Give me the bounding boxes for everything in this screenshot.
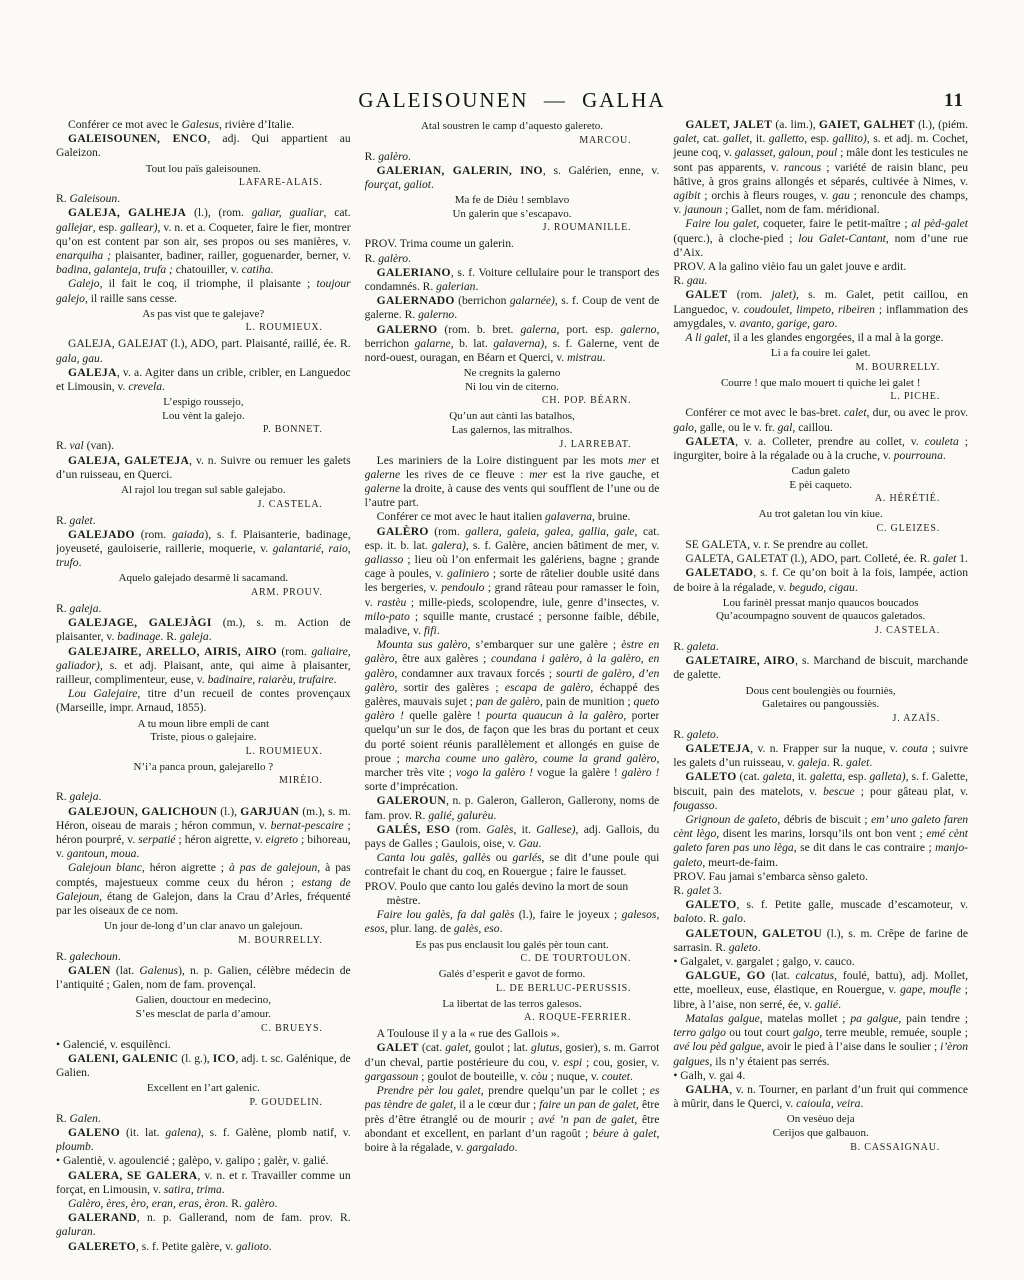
verse-quote: As pas vist que te galejave? (56, 308, 351, 322)
entry-paragraph: SE GALETA, v. r. Se prendre au collet. (673, 538, 968, 552)
entry-paragraph: GALERNO (rom. b. bret. galerna, port. es… (365, 323, 660, 366)
column-middle: Atal soustren le camp d’aquesto galereto… (365, 118, 660, 1268)
entry-paragraph: GALENI, GALENIC (l. g.), ICO, adj. t. sc… (56, 1052, 351, 1080)
attribution: C. GLEIZES. (673, 522, 968, 535)
verse-quote: Dous cent boulengiès ou fourniès,Galetai… (673, 685, 968, 712)
body-paragraph: Galèro, ères, èro, eran, eras, èron. R. … (56, 1197, 351, 1211)
entry-paragraph: GALETEJA, v. n. Frapper sur la nuque, v.… (673, 742, 968, 770)
entry-paragraph: GALET (cat. galet, goulot ; lat. glutus,… (365, 1041, 660, 1084)
verse-quote: Galés d’esperit e gavot de formo. (365, 968, 660, 982)
body-paragraph: Les mariniers de la Loire distinguent pa… (365, 454, 660, 511)
entry-paragraph: GALEJA, v. a. Agiter dans un crible, cri… (56, 366, 351, 394)
entry-paragraph: GALEROUN, n. p. Galeron, Galleron, Galle… (365, 794, 660, 822)
verse-quote: N’i’a panca proun, galejarello ? (56, 761, 351, 775)
cross-reference: R. gau. (673, 274, 968, 288)
cross-reference: R. galet 3. (673, 884, 968, 898)
entry-paragraph: GALEN (lat. Galenus), n. p. Galien, célè… (56, 964, 351, 992)
verse-quote: Li a fa couire lei galet. (673, 347, 968, 361)
body-paragraph: Canta lou galès, gallès ou garlés, se di… (365, 851, 660, 879)
verse-quote: Excellent en l’art galenic. (56, 1082, 351, 1096)
attribution: C. BRUEYS. (56, 1022, 351, 1035)
body-paragraph: A li galet, il a les glandes engorgées, … (673, 331, 968, 345)
attribution: J. AZAÏS. (673, 712, 968, 725)
body-paragraph: Grignoun de galeto, débris de biscuit ; … (673, 813, 968, 870)
attribution: M. BOURRELLY. (56, 934, 351, 947)
entry-paragraph: GALERETO, s. f. Petite galère, v. galiot… (56, 1240, 351, 1254)
attribution: L. PICHE. (673, 390, 968, 403)
cross-reference: R. galèro. (365, 252, 660, 266)
page-number: 11 (944, 90, 964, 112)
verse-quote: On vesèuo dejaCerijos que galbauon. (673, 1113, 968, 1140)
proverb: PROV. Trima coume un galerin. (365, 237, 660, 251)
entry-paragraph: GALETOUN, GALETOU (l.), s. m. Crêpe de f… (673, 927, 968, 955)
variant-note: • Galh, v. gai 4. (673, 1069, 968, 1083)
cross-reference: R. galeto. (673, 728, 968, 742)
cross-reference: R. galet. (56, 514, 351, 528)
entry-paragraph: GALEJOUN, GALICHOUN (l.), GARJUAN (m.), … (56, 805, 351, 862)
proverb: PROV. Fau jamai s’embarca sènso galeto. (673, 870, 968, 884)
body-paragraph: Conférer ce mot avec le bas-bret. calet,… (673, 406, 968, 434)
verse-quote: Tout lou païs galeisounen. (56, 163, 351, 177)
verse-quote: L’espigo roussejo,Lou vènt la galejo. (56, 396, 351, 423)
entry-paragraph: GALEJADO (rom. gaiada), s. f. Plaisanter… (56, 528, 351, 571)
attribution: J. ROUMANILLE. (365, 221, 660, 234)
body-paragraph: Faire lou galès, fa dal galès (l.), fair… (365, 908, 660, 936)
entry-paragraph: GALETAIRE, AIRO, s. Marchand de biscuit,… (673, 654, 968, 682)
running-head: GALEISOUNEN — GALHA (0, 88, 1024, 113)
body-paragraph: Conférer ce mot avec le Galesus, rivière… (56, 118, 351, 132)
entry-paragraph: GALEJAIRE, ARELLO, AIRIS, AIRO (rom. gal… (56, 645, 351, 688)
body-paragraph: A Toulouse il y a la « rue des Gallois »… (365, 1027, 660, 1041)
verse-quote: Courre ! que malo mouert ti quiche lei g… (673, 377, 968, 391)
verse-quote: Au trot galetan lou vin kiue. (673, 508, 968, 522)
cross-reference: R. val (van). (56, 439, 351, 453)
entry-paragraph: GALERA, SE GALERA, v. n. et r. Travaille… (56, 1169, 351, 1197)
column-left: Conférer ce mot avec le Galesus, rivière… (56, 118, 351, 1268)
body-paragraph: Faire lou galet, coqueter, faire le peti… (673, 217, 968, 260)
attribution: P. GOUDELIN. (56, 1096, 351, 1109)
verse-quote: Es pas pus enclausit lou galés pèr toun … (365, 939, 660, 953)
entry-paragraph: GALERNADO (berrichon galarnée), s. f. Co… (365, 294, 660, 322)
entry-paragraph: GALÈRO (rom. gallera, galeia, galea, gal… (365, 525, 660, 639)
entry-paragraph: GALETA, v. a. Colleter, prendre au colle… (673, 435, 968, 463)
verse-quote: Qu’un aut cànti las batalhos,Las galerno… (365, 410, 660, 437)
variant-note: • Galencié, v. esquilènci. (56, 1038, 351, 1052)
entry-paragraph: GALETA, GALETAT (l.), ADO, part. Colleté… (673, 552, 968, 566)
attribution: P. BONNET. (56, 423, 351, 436)
entry-paragraph: GALERAND, n. p. Gallerand, nom de fam. p… (56, 1211, 351, 1239)
cross-reference: R. galeja. (56, 790, 351, 804)
attribution: M. BOURRELLY. (673, 361, 968, 374)
entry-paragraph: GALETO (cat. galeta, it. galetta, esp. g… (673, 770, 968, 813)
cross-reference: R. Galeisoun. (56, 192, 351, 206)
attribution: A. ROQUE-FERRIER. (365, 1011, 660, 1024)
attribution: CH. POP. BÉARN. (365, 394, 660, 407)
body-paragraph: Mounta sus galèro, s’embarquer sur une g… (365, 638, 660, 794)
variant-note: • Galentiè, v. agoulencié ; galèpo, v. g… (56, 1154, 351, 1168)
entry-paragraph: GALEJA, GALETEJA, v. n. Suivre ou remuer… (56, 454, 351, 482)
attribution: J. CASTELA. (673, 624, 968, 637)
entry-paragraph: GALEJA, GALHEJA (l.), (rom. galiar, gual… (56, 206, 351, 277)
cross-reference: R. galèro. (365, 150, 660, 164)
entry-paragraph: GALERIANO, s. f. Voiture cellulaire pour… (365, 266, 660, 294)
body-paragraph: Conférer ce mot avec le haut italien gal… (365, 510, 660, 524)
attribution: L. ROUMIEUX. (56, 745, 351, 758)
entry-paragraph: GALEJAGE, GALEJÀGI (m.), s. m. Action de… (56, 616, 351, 644)
attribution: MIRÈIO. (56, 774, 351, 787)
body-paragraph: Galejoun blanc, héron aigrette ; à pas d… (56, 861, 351, 918)
entry-paragraph: GALERIAN, GALERIN, INO, s. Galérien, enn… (365, 164, 660, 192)
attribution: A. HÉRÉTIÉ. (673, 492, 968, 505)
verse-quote: Galien, douctour en medecino,S’es mescla… (56, 994, 351, 1021)
entry-paragraph: GALET (rom. jalet), s. m. Galet, petit c… (673, 288, 968, 331)
verse-quote: Al rajol lou tregan sul sable galejabo. (56, 484, 351, 498)
entry-paragraph: GALENO (it. lat. galena), s. f. Galène, … (56, 1126, 351, 1154)
variant-note: • Galgalet, v. gargalet ; galgo, v. cauc… (673, 955, 968, 969)
attribution: J. LARREBAT. (365, 438, 660, 451)
entry-paragraph: GALGUE, GO (lat. calcatus, foulé, battu)… (673, 969, 968, 1012)
cross-reference: R. galeja. (56, 602, 351, 616)
dictionary-page-scan: GALEISOUNEN — GALHA 11 Conférer ce mot a… (0, 0, 1024, 1280)
entry-paragraph: GALÉS, ESO (rom. Galès, it. Gallese), ad… (365, 823, 660, 851)
cross-reference: R. galeta. (673, 640, 968, 654)
attribution: B. CASSAIGNAU. (673, 1141, 968, 1154)
body-paragraph: Lou Galejaire, titre d’un recueil de con… (56, 687, 351, 715)
attribution: L. DE BERLUC-PERUSSIS. (365, 982, 660, 995)
attribution: LAFARE-ALAIS. (56, 176, 351, 189)
attribution: C. DE TOURTOULON. (365, 952, 660, 965)
verse-quote: Ma fe de Diéu ! semblavoUn galerin que s… (365, 194, 660, 221)
verse-quote: Lou farinèl pressat manjo quaucos boucad… (673, 597, 968, 624)
verse-quote: Atal soustren le camp d’aquesto galereto… (365, 120, 660, 134)
body-paragraph: Matalas galgue, matelas mollet ; pa galg… (673, 1012, 968, 1069)
attribution: J. CASTELA. (56, 498, 351, 511)
column-right: GALET, JALET (a. lim.), GAIET, GALHET (l… (673, 118, 968, 1268)
verse-quote: A tu moun libre empli de cantTriste, pio… (56, 718, 351, 745)
entry-paragraph: GALETADO, s. f. Ce qu’on boit à la fois,… (673, 566, 968, 594)
attribution: MARCOU. (365, 134, 660, 147)
cross-reference: R. galechoun. (56, 950, 351, 964)
body-paragraph: Prendre pèr lou galet, prendre quelqu’un… (365, 1084, 660, 1155)
proverb: PROV. Poulo que canto lou galés devino l… (365, 880, 660, 908)
entry-paragraph: GALETO, s. f. Petite galle, muscade d’es… (673, 898, 968, 926)
entry-paragraph: GALEISOUNEN, ENCO, adj. Qui appartient a… (56, 132, 351, 160)
attribution: L. ROUMIEUX. (56, 321, 351, 334)
entry-paragraph: GALHA, v. n. Tourner, en parlant d’un fr… (673, 1083, 968, 1111)
columns-container: Conférer ce mot avec le Galesus, rivière… (56, 118, 968, 1268)
cross-reference: R. Galen. (56, 1112, 351, 1126)
verse-quote: Ne cregnits la galernoNi lou vin de cite… (365, 367, 660, 394)
entry-paragraph: GALET, JALET (a. lim.), GAIET, GALHET (l… (673, 118, 968, 217)
verse-quote: Aquelo galejado desarmè li sacamand. (56, 572, 351, 586)
attribution: ARM. PROUV. (56, 586, 351, 599)
entry-paragraph: GALEJA, GALEJAT (l.), ADO, part. Plaisan… (56, 337, 351, 365)
proverb: PROV. A la galino vièio fau un galet jou… (673, 260, 968, 274)
verse-quote: Cadun galetoE pèi caqueto. (673, 465, 968, 492)
body-paragraph: Galejo, il fait le coq, il triomphe, il … (56, 277, 351, 305)
verse-quote: Un jour de-long d’un clar anavo un galej… (56, 920, 351, 934)
verse-quote: La libertat de las terros galesos. (365, 998, 660, 1012)
